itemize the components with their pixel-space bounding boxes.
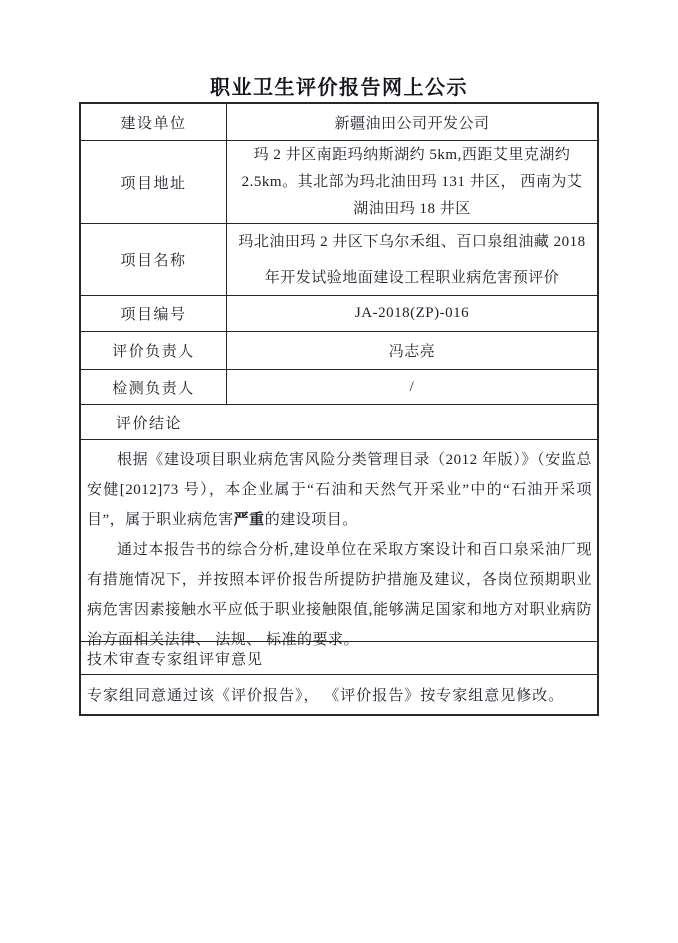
- row-label-construction-unit: 建设单位: [81, 104, 227, 140]
- row-label-testing-leader: 检测负责人: [81, 370, 227, 404]
- row-value-testing-leader: /: [227, 370, 597, 404]
- row-value-evaluation-leader: 冯志亮: [227, 332, 597, 369]
- row-value-project-name: 玛北油田玛 2 井区下乌尔禾组、百口泉组油藏 2018 年开发试验地面建设工程职…: [227, 224, 597, 295]
- table-row-evaluation-leader: 评价负责人 冯志亮: [81, 332, 597, 370]
- row-value-construction-unit: 新疆油田公司开发公司: [227, 104, 597, 140]
- row-label-project-name: 项目名称: [81, 224, 227, 295]
- table-row-project-name: 项目名称 玛北油田玛 2 井区下乌尔禾组、百口泉组油藏 2018 年开发试验地面…: [81, 224, 597, 296]
- publicity-table: 建设单位 新疆油田公司开发公司 项目地址 玛 2 井区南距玛纳斯湖约 5km,西…: [79, 102, 599, 716]
- row-label-evaluation-leader: 评价负责人: [81, 332, 227, 369]
- review-text: 专家组同意通过该《评价报告》， 《评价报告》按专家组意见修改。: [81, 675, 597, 714]
- conclusion-paragraph-1: 根据《建设项目职业病危害风险分类管理目录（2012 年版）》（安监总安健[201…: [87, 445, 592, 535]
- table-row-review-header: 技术审查专家组评审意见: [81, 642, 597, 675]
- conclusion-body: 根据《建设项目职业病危害风险分类管理目录（2012 年版）》（安监总安健[201…: [81, 440, 597, 641]
- table-row-conclusion-body: 根据《建设项目职业病危害风险分类管理目录（2012 年版）》（安监总安健[201…: [81, 440, 597, 642]
- table-row-construction-unit: 建设单位 新疆油田公司开发公司: [81, 104, 597, 141]
- conclusion-paragraph-1-suffix: 的建设项目。: [265, 512, 358, 528]
- row-label-project-number: 项目编号: [81, 296, 227, 331]
- review-header: 技术审查专家组评审意见: [81, 642, 597, 674]
- table-row-testing-leader: 检测负责人 /: [81, 370, 597, 405]
- page-title: 职业卫生评价报告网上公示: [0, 71, 678, 100]
- conclusion-paragraph-2: 通过本报告书的综合分析,建设单位在采取方案设计和百口泉采油厂现有措施情况下，并按…: [87, 535, 592, 655]
- conclusion-header: 评价结论: [81, 405, 597, 439]
- row-value-project-number: JA-2018(ZP)-016: [227, 296, 597, 331]
- row-value-project-address: 玛 2 井区南距玛纳斯湖约 5km,西距艾里克湖约 2.5km。其北部为玛北油田…: [227, 141, 597, 223]
- conclusion-paragraph-2-text: 通过本报告书的综合分析,建设单位在采取方案设计和百口泉采油厂现有措施情况下，并按…: [87, 542, 592, 648]
- table-row-conclusion-header: 评价结论: [81, 405, 597, 440]
- table-row-project-address: 项目地址 玛 2 井区南距玛纳斯湖约 5km,西距艾里克湖约 2.5km。其北部…: [81, 141, 597, 224]
- table-row-review-text: 专家组同意通过该《评价报告》， 《评价报告》按专家组意见修改。: [81, 675, 597, 714]
- table-row-project-number: 项目编号 JA-2018(ZP)-016: [81, 296, 597, 332]
- document-page: 职业卫生评价报告网上公示 建设单位 新疆油田公司开发公司 项目地址 玛 2 井区…: [0, 0, 678, 943]
- conclusion-paragraph-1-bold: 严重: [234, 512, 265, 528]
- row-label-project-address: 项目地址: [81, 141, 227, 223]
